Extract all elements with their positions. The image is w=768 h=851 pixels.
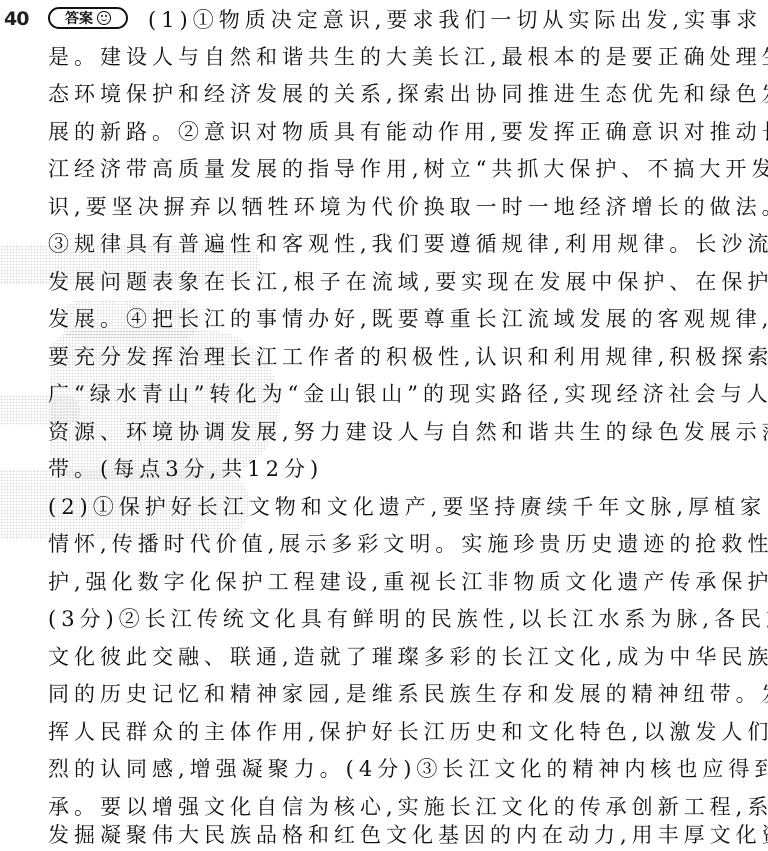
text-line: (3分)②长江传统文化具有鲜明的民族性,以长江水系为脉,各民族 — [48, 604, 768, 634]
text-line: (2)①保护好长江文物和文化遗产,要坚持赓续千年文脉,厚植家国 — [48, 492, 768, 522]
text-line: 资源、环境协调发展,努力建设人与自然和谐共生的绿色发展示范 — [48, 417, 768, 447]
text-line: 护,强化数字化保护工程建设,重视长江非物质文化遗产传承保护。 — [48, 567, 768, 597]
text-line: 要充分发挥治理长江工作者的积极性,认识和利用规律,积极探索推 — [48, 342, 768, 372]
smiley-face-icon — [97, 11, 111, 25]
text-line: 文化彼此交融、联通,造就了璀璨多彩的长江文化,成为中华民族共 — [48, 642, 768, 672]
answer-page: 40 答案 (1)①物质决定意识,要求我们一切从实际出发,实事求 是。建设人与自… — [0, 0, 768, 851]
text-line: 发掘凝聚伟大民族品格和红色文化基因的内在动力,用丰厚文化资 — [48, 820, 768, 850]
text-line: 是。建设人与自然和谐共生的大美长江,最根本的是要正确处理生 — [48, 42, 768, 72]
text-line: 烈的认同感,增强凝聚力。(4分)③长江文化的精神内核也应得到传 — [48, 754, 768, 784]
text-line: (1)①物质决定意识,要求我们一切从实际出发,实事求 — [148, 5, 762, 35]
text-line: 情怀,传播时代价值,展示多彩文明。实施珍贵历史遗迹的抢救性保 — [48, 529, 768, 559]
text-line: ③规律具有普遍性和客观性,我们要遵循规律,利用规律。长沙流域 — [48, 229, 768, 259]
text-line: 发展。④把长江的事情办好,既要尊重长江流域发展的客观规律,又 — [48, 304, 768, 334]
text-line: 挥人民群众的主体作用,保护好长江历史和文化特色,以激发人们强 — [48, 717, 768, 747]
question-number: 40 — [4, 8, 28, 30]
text-line: 识,要坚决摒弃以牺牲环境为代价换取一时一地经济增长的做法。 — [48, 192, 768, 222]
text-line: 承。要以增强文化自信为核心,实施长江文化的传承创新工程,系统 — [48, 792, 768, 822]
text-line: 同的历史记忆和精神家园,是维系民族生存和发展的精神纽带。发 — [48, 679, 768, 709]
text-line: 态环境保护和经济发展的关系,探索出协同推进生态优先和绿色发 — [48, 79, 768, 109]
answer-badge-label: 答案 — [65, 8, 93, 28]
text-line: 展的新路。②意识对物质具有能动作用,要发挥正确意识对推动长 — [48, 117, 768, 147]
text-line: 江经济带高质量发展的指导作用,树立“共抓大保护、不搞大开发”意 — [48, 154, 768, 184]
answer-badge: 答案 — [48, 7, 128, 29]
text-line: 发展问题表象在长江,根子在流域,要实现在发展中保护、在保护中 — [48, 267, 768, 297]
text-line: 广“绿水青山”转化为“金山银山”的现实路径,实现经济社会与人口、 — [48, 379, 768, 409]
text-line: 带。(每点3分,共12分) — [48, 454, 323, 484]
